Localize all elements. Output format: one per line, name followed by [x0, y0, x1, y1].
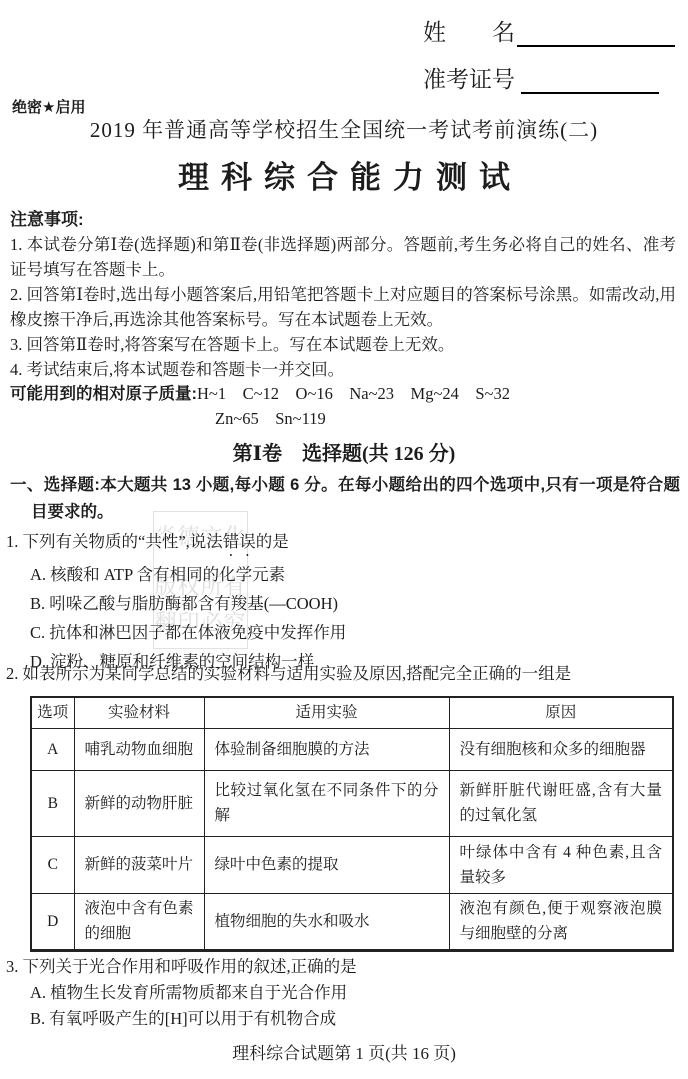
- name-row: 姓 名: [423, 14, 675, 47]
- cell-reason: 液泡有颜色,便于观察液泡膜与细胞壁的分离: [449, 893, 673, 950]
- exam-id-row: 准考证号: [423, 61, 675, 94]
- cell-experiment: 体验制备细胞膜的方法: [204, 728, 449, 770]
- cell-option: D: [31, 893, 74, 950]
- table-header-row: 选项 实验材料 适用实验 原因: [31, 697, 673, 728]
- atomic-masses-line2: Zn~65 Sn~119: [215, 406, 676, 432]
- cell-reason: 叶绿体中含有 4 种色素,且含量较多: [449, 836, 673, 893]
- question-2-table: 选项 实验材料 适用实验 原因 A 哺乳动物血细胞 体验制备细胞膜的方法 没有细…: [30, 696, 674, 952]
- option-a: A. 核酸和 ATP 含有相同的化学元素: [30, 560, 680, 589]
- cell-experiment: 植物细胞的失水和吸水: [204, 893, 449, 950]
- cell-material: 新鲜的动物肝脏: [74, 770, 204, 836]
- table-row: B 新鲜的动物肝脏 比较过氧化氢在不同条件下的分解 新鲜肝脏代谢旺盛,含有大量的…: [31, 770, 673, 836]
- col-header-material: 实验材料: [74, 697, 204, 728]
- question-2-stem: 2. 如表所示为某同学总结的实验材料与适用实验及原因,搭配完全正确的一组是: [6, 660, 680, 687]
- exam-id-blank-line[interactable]: [521, 68, 659, 94]
- atomic-masses-values: H~1 C~12 O~16 Na~23 Mg~24 S~32: [197, 384, 510, 403]
- cell-option: A: [31, 728, 74, 770]
- cell-experiment: 比较过氧化氢在不同条件下的分解: [204, 770, 449, 836]
- name-label: 姓 名: [423, 14, 515, 47]
- cell-option: C: [31, 836, 74, 893]
- question-1-stem: 1. 下列有关物质的“共性”,说法错误的是: [6, 528, 680, 560]
- question-1-stem-text: 1. 下列有关物质的“共性”,说法: [6, 532, 223, 551]
- atomic-masses-section: 可能用到的相对原子质量:H~1 C~12 O~16 Na~23 Mg~24 S~…: [10, 382, 676, 432]
- page-number-footer: 理科综合试题第 1 页(共 16 页): [0, 1039, 688, 1064]
- option-b: B. 有氧呼吸产生的[H]可以用于有机物合成: [30, 1006, 680, 1032]
- option-a: A. 植物生长发育所需物质都来自于光合作用: [30, 980, 680, 1006]
- section1-heading: 第Ⅰ卷 选择题(共 126 分): [0, 437, 688, 466]
- exam-session-title: 2019 年普通高等学校招生全国统一考试考前演练(二): [0, 114, 688, 144]
- table-row: C 新鲜的菠菜叶片 绿叶中色素的提取 叶绿体中含有 4 种色素,且含量较多: [31, 836, 673, 893]
- option-b: B. 吲哚乙酸与脂肪酶都含有羧基(—COOH): [30, 589, 680, 618]
- question-1-stem-text: 的是: [256, 532, 289, 551]
- cell-material: 哺乳动物血细胞: [74, 728, 204, 770]
- name-blank-line[interactable]: [517, 21, 675, 47]
- col-header-experiment: 适用实验: [204, 697, 449, 728]
- exam-paper-page: 炎德文化 版权所有 翻印必究 姓 名 准考证号 绝密★启用 2019 年普通高等…: [0, 0, 688, 1079]
- question-1: 1. 下列有关物质的“共性”,说法错误的是 A. 核酸和 ATP 含有相同的化学…: [6, 528, 680, 676]
- cell-option: B: [31, 770, 74, 836]
- cell-material: 液泡中含有色素的细胞: [74, 893, 204, 950]
- cell-material: 新鲜的菠菜叶片: [74, 836, 204, 893]
- col-header-reason: 原因: [449, 697, 673, 728]
- atomic-masses-line1: 可能用到的相对原子质量:H~1 C~12 O~16 Na~23 Mg~24 S~…: [10, 382, 676, 406]
- notice-section: 注意事项: 1. 本试卷分第Ⅰ卷(选择题)和第Ⅱ卷(非选择题)两部分。答题前,考…: [10, 208, 676, 382]
- question-2: 2. 如表所示为某同学总结的实验材料与适用实验及原因,搭配完全正确的一组是 选项…: [6, 660, 680, 952]
- table-row: A 哺乳动物血细胞 体验制备细胞膜的方法 没有细胞核和众多的细胞器: [31, 728, 673, 770]
- notice-item: 3. 回答第Ⅱ卷时,将答案写在答题卡上。写在本试题卷上无效。: [10, 332, 676, 357]
- table-row: D 液泡中含有色素的细胞 植物细胞的失水和吸水 液泡有颜色,便于观察液泡膜与细胞…: [31, 893, 673, 950]
- col-header-option: 选项: [31, 697, 74, 728]
- section1-instruction: 一、选择题:本大题共 13 小题,每小题 6 分。在每小题给出的四个选项中,只有…: [10, 472, 680, 526]
- notice-heading: 注意事项:: [10, 208, 676, 232]
- cell-reason: 新鲜肝脏代谢旺盛,含有大量的过氧化氢: [449, 770, 673, 836]
- atomic-masses-label: 可能用到的相对原子质量:: [10, 385, 197, 403]
- candidate-info-block: 姓 名 准考证号: [423, 14, 675, 94]
- question-1-stem-emphasis: 错误: [223, 532, 256, 551]
- question-1-options: A. 核酸和 ATP 含有相同的化学元素 B. 吲哚乙酸与脂肪酶都含有羧基(—C…: [30, 560, 680, 676]
- question-3-stem: 3. 下列关于光合作用和呼吸作用的叙述,正确的是: [6, 953, 680, 980]
- exam-id-label: 准考证号: [423, 61, 515, 94]
- notice-item: 1. 本试卷分第Ⅰ卷(选择题)和第Ⅱ卷(非选择题)两部分。答题前,考生务必将自己…: [10, 232, 676, 282]
- notice-item: 4. 考试结束后,将本试题卷和答题卡一并交回。: [10, 357, 676, 382]
- option-c: C. 抗体和淋巴因子都在体液免疫中发挥作用: [30, 618, 680, 647]
- cell-reason: 没有细胞核和众多的细胞器: [449, 728, 673, 770]
- question-3: 3. 下列关于光合作用和呼吸作用的叙述,正确的是 A. 植物生长发育所需物质都来…: [6, 953, 680, 1032]
- cell-experiment: 绿叶中色素的提取: [204, 836, 449, 893]
- question-3-options: A. 植物生长发育所需物质都来自于光合作用 B. 有氧呼吸产生的[H]可以用于有…: [30, 980, 680, 1032]
- paper-title: 理科综合能力测试: [0, 152, 688, 197]
- notice-item: 2. 回答第Ⅰ卷时,选出每小题答案后,用铅笔把答题卡上对应题目的答案标号涂黑。如…: [10, 282, 676, 332]
